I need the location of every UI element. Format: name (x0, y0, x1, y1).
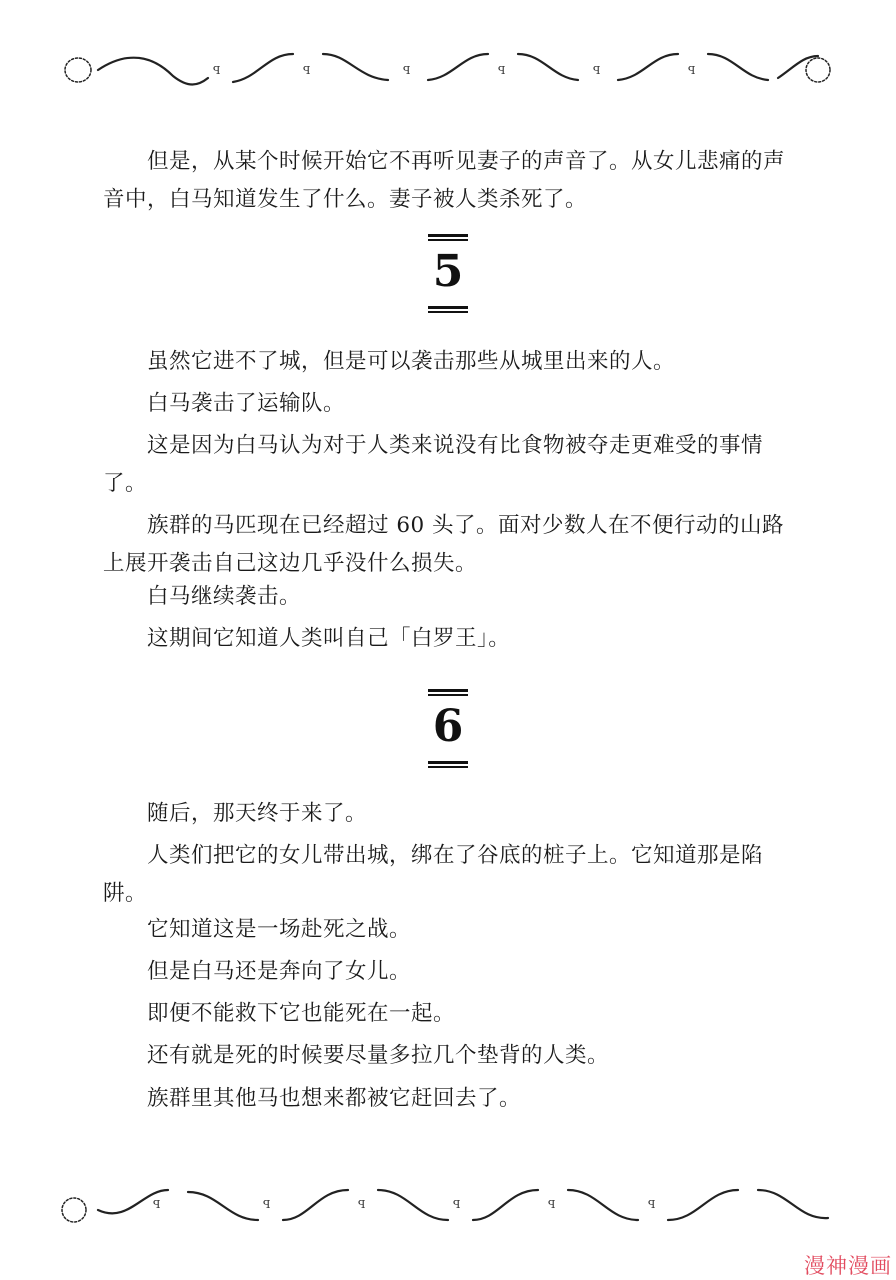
double-rule-bottom (428, 306, 468, 313)
paragraph: 随后，那天终于来了。 (103, 795, 803, 833)
paragraph: 虽然它进不了城，但是可以袭击那些从城里出来的人。 (103, 343, 803, 381)
chapter-number: 5 (418, 247, 478, 297)
paragraph: 族群的马匹现在已经超过 60 头了。面对少数人在不便行动的山路上展开袭击自己这边… (103, 507, 803, 583)
svg-text:ꟼ: ꟼ (548, 1198, 555, 1211)
paragraph: 族群里其他马也想来都被它赶回去了。 (103, 1080, 803, 1118)
svg-text:ꟼ: ꟼ (213, 64, 220, 77)
paragraph: 这是因为白马认为对于人类来说没有比食物被夺走更难受的事情了。 (103, 427, 803, 503)
watermark-label: 漫神漫画 (804, 1250, 892, 1280)
ornamental-border-bottom-icon: ꟼꟼ ꟼꟼ ꟼꟼ (58, 1180, 836, 1230)
svg-text:ꟼ: ꟼ (358, 1198, 365, 1211)
double-rule-top (428, 689, 468, 696)
svg-text:ꟼ: ꟼ (263, 1198, 270, 1211)
ornamental-border-top-icon: ꟼꟼ ꟼꟼ ꟼꟼ (58, 48, 836, 98)
double-rule-top (428, 234, 468, 241)
svg-text:ꟼ: ꟼ (153, 1198, 160, 1211)
paragraph: 白马继续袭击。 (103, 578, 803, 616)
svg-text:ꟼ: ꟼ (648, 1198, 655, 1211)
svg-text:ꟼ: ꟼ (498, 64, 505, 77)
paragraph: 还有就是死的时候要尽量多拉几个垫背的人类。 (103, 1037, 803, 1075)
paragraph: 但是，从某个时候开始它不再听见妻子的声音了。从女儿悲痛的声音中，白马知道发生了什… (103, 143, 803, 219)
paragraph: 即便不能救下它也能死在一起。 (103, 995, 803, 1033)
chapter-heading-6: 6 (428, 689, 468, 769)
paragraph: 白马袭击了运输队。 (103, 385, 803, 423)
svg-text:ꟼ: ꟼ (688, 64, 695, 77)
paragraph: 但是白马还是奔向了女儿。 (103, 953, 803, 991)
chapter-number: 6 (418, 702, 478, 752)
paragraph: 它知道这是一场赴死之战。 (103, 911, 803, 949)
svg-text:ꟼ: ꟼ (303, 64, 310, 77)
chapter-heading-5: 5 (428, 234, 468, 314)
paragraph: 人类们把它的女儿带出城，绑在了谷底的桩子上。它知道那是陷阱。 (103, 837, 803, 913)
double-rule-bottom (428, 761, 468, 768)
svg-text:ꟼ: ꟼ (403, 64, 410, 77)
paragraph: 这期间它知道人类叫自己「白罗王」。 (103, 620, 803, 658)
svg-text:ꟼ: ꟼ (453, 1198, 460, 1211)
svg-text:ꟼ: ꟼ (593, 64, 600, 77)
